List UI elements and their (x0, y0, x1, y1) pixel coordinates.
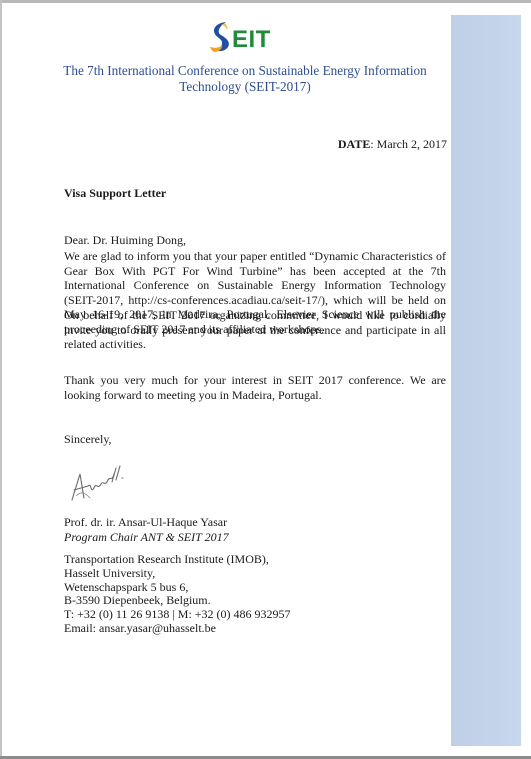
address-block: Transportation Research Institute (IMOB)… (64, 553, 291, 636)
side-decoration-band (451, 15, 521, 746)
salutation: Dear. Dr. Huiming Dong, (64, 233, 446, 248)
paragraph-invitation: On behalf of the SEIT 2017 organizing co… (64, 308, 446, 352)
closing: Sincerely, (64, 432, 446, 447)
seit-logo: EIT (206, 20, 296, 54)
page-frame-left (0, 0, 2, 759)
signer-name: Prof. dr. ir. Ansar-Ul-Haque Yasar (64, 515, 229, 530)
date-label: DATE (338, 137, 370, 151)
page-frame-top (0, 0, 531, 3)
address-institute: Transportation Research Institute (IMOB)… (64, 553, 291, 567)
handwritten-signature (68, 460, 128, 505)
address-city: B-3590 Diepenbeek, Belgium. (64, 594, 291, 608)
address-phone: T: +32 (0) 11 26 9138 | M: +32 (0) 486 9… (64, 608, 291, 622)
address-email: Email: ansar.yasar@uhasselt.be (64, 622, 291, 636)
conference-title-line-2: Technology (SEIT-2017) (40, 79, 450, 95)
address-university: Hasselt University, (64, 567, 291, 581)
conference-title: The 7th International Conference on Sust… (40, 63, 450, 95)
signer-block: Prof. dr. ir. Ansar-Ul-Haque Yasar Progr… (64, 515, 229, 544)
logo-text: EIT (232, 26, 271, 54)
date-value: : March 2, 2017 (370, 137, 447, 151)
signer-role: Program Chair ANT & SEIT 2017 (64, 530, 229, 545)
paragraph-thanks: Thank you very much for your interest in… (64, 373, 446, 402)
letter-date: DATE: March 2, 2017 (338, 137, 447, 152)
letter-subject: Visa Support Letter (64, 186, 446, 201)
conference-title-line-1: The 7th International Conference on Sust… (40, 63, 450, 79)
address-street: Wetenschapspark 5 bus 6, (64, 581, 291, 595)
